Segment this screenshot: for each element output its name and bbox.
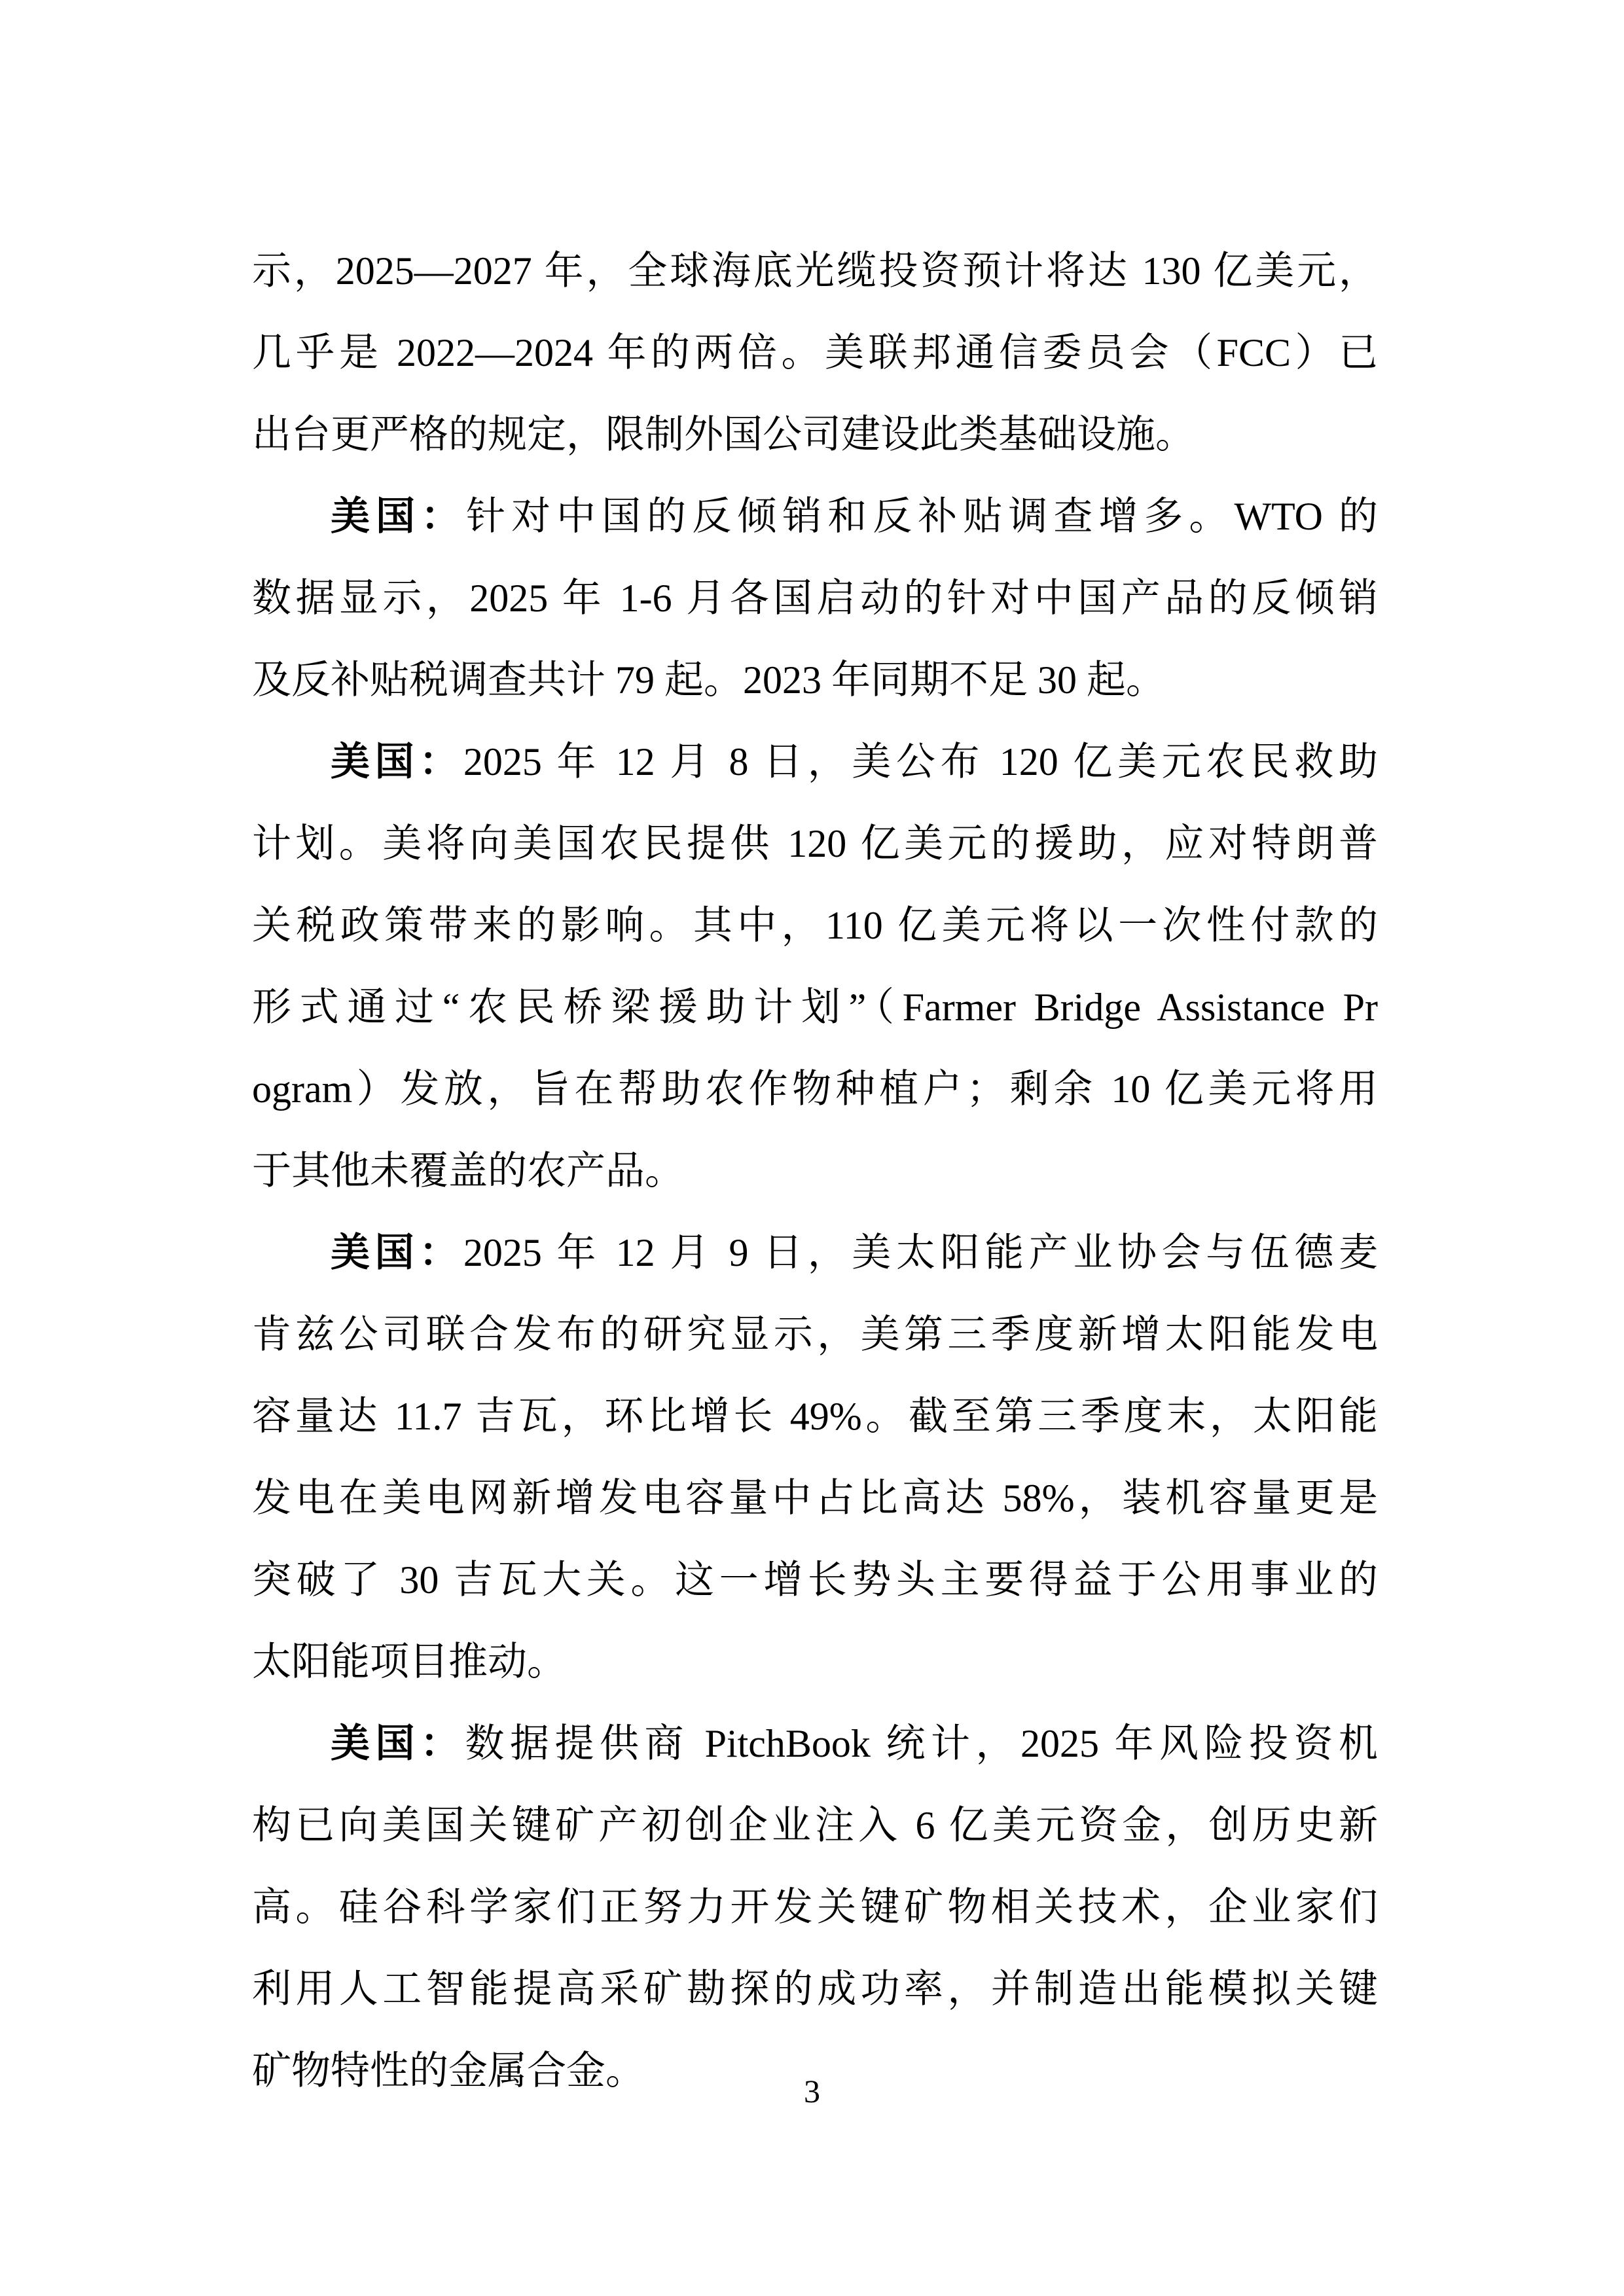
document-body-text: 示，2025—2027 年，全球海底光缆投资预计将达 130 亿美元，几乎是 2… [252, 230, 1378, 2112]
text-line: 形式通过“农民桥梁援助计划”（Farmer Bridge Assistance … [252, 967, 1378, 1049]
text-line: 美国：2025 年 12 月 9 日，美太阳能产业协会与伍德麦 [252, 1212, 1378, 1294]
text-line: 几乎是 2022—2024 年的两倍。美联邦通信委员会（FCC）已 [252, 312, 1378, 394]
paragraph-lead: 美国： [331, 740, 463, 783]
text-line: 利用人工智能提高采矿勘探的成功率，并制造出能模拟关键 [252, 1948, 1378, 2030]
text-line: 美国：2025 年 12 月 8 日，美公布 120 亿美元农民救助 [252, 721, 1378, 803]
text-line: 示，2025—2027 年，全球海底光缆投资预计将达 130 亿美元， [252, 230, 1378, 312]
text-line: 数据显示，2025 年 1-6 月各国启动的针对中国产品的反倾销 [252, 558, 1378, 639]
text-line: 出台更严格的规定，限制外国公司建设此类基础设施。 [252, 394, 1378, 476]
text-line: 容量达 11.7 吉瓦，环比增长 49%。截至第三季度末，太阳能 [252, 1376, 1378, 1458]
paragraph-lead: 美国： [331, 495, 466, 538]
page-number: 3 [0, 2072, 1624, 2111]
text-line: 构已向美国关键矿产初创企业注入 6 亿美元资金，创历史新 [252, 1785, 1378, 1867]
text-line: 太阳能项目推动。 [252, 1621, 1378, 1703]
text-line: 美国：针对中国的反倾销和反补贴调查增多。WTO 的 [252, 476, 1378, 558]
text-line: 于其他未覆盖的农产品。 [252, 1130, 1378, 1212]
text-line: 及反补贴税调查共计 79 起。2023 年同期不足 30 起。 [252, 639, 1378, 721]
text-line: ogram）发放，旨在帮助农作物种植户；剩余 10 亿美元将用 [252, 1049, 1378, 1130]
text-line: 关税政策带来的影响。其中，110 亿美元将以一次性付款的 [252, 885, 1378, 967]
document-page: 示，2025—2027 年，全球海底光缆投资预计将达 130 亿美元，几乎是 2… [0, 0, 1624, 2296]
text-line: 美国：数据提供商 PitchBook 统计，2025 年风险投资机 [252, 1703, 1378, 1785]
text-line: 突破了 30 吉瓦大关。这一增长势头主要得益于公用事业的 [252, 1539, 1378, 1621]
text-line: 发电在美电网新增发电容量中占比高达 58%，装机容量更是 [252, 1458, 1378, 1539]
text-line: 计划。美将向美国农民提供 120 亿美元的援助，应对特朗普 [252, 803, 1378, 885]
text-line: 高。硅谷科学家们正努力开发关键矿物相关技术，企业家们 [252, 1867, 1378, 1948]
paragraph-lead: 美国： [331, 1231, 463, 1274]
paragraph-lead: 美国： [331, 1722, 465, 1765]
text-line: 肯兹公司联合发布的研究显示，美第三季度新增太阳能发电 [252, 1294, 1378, 1376]
